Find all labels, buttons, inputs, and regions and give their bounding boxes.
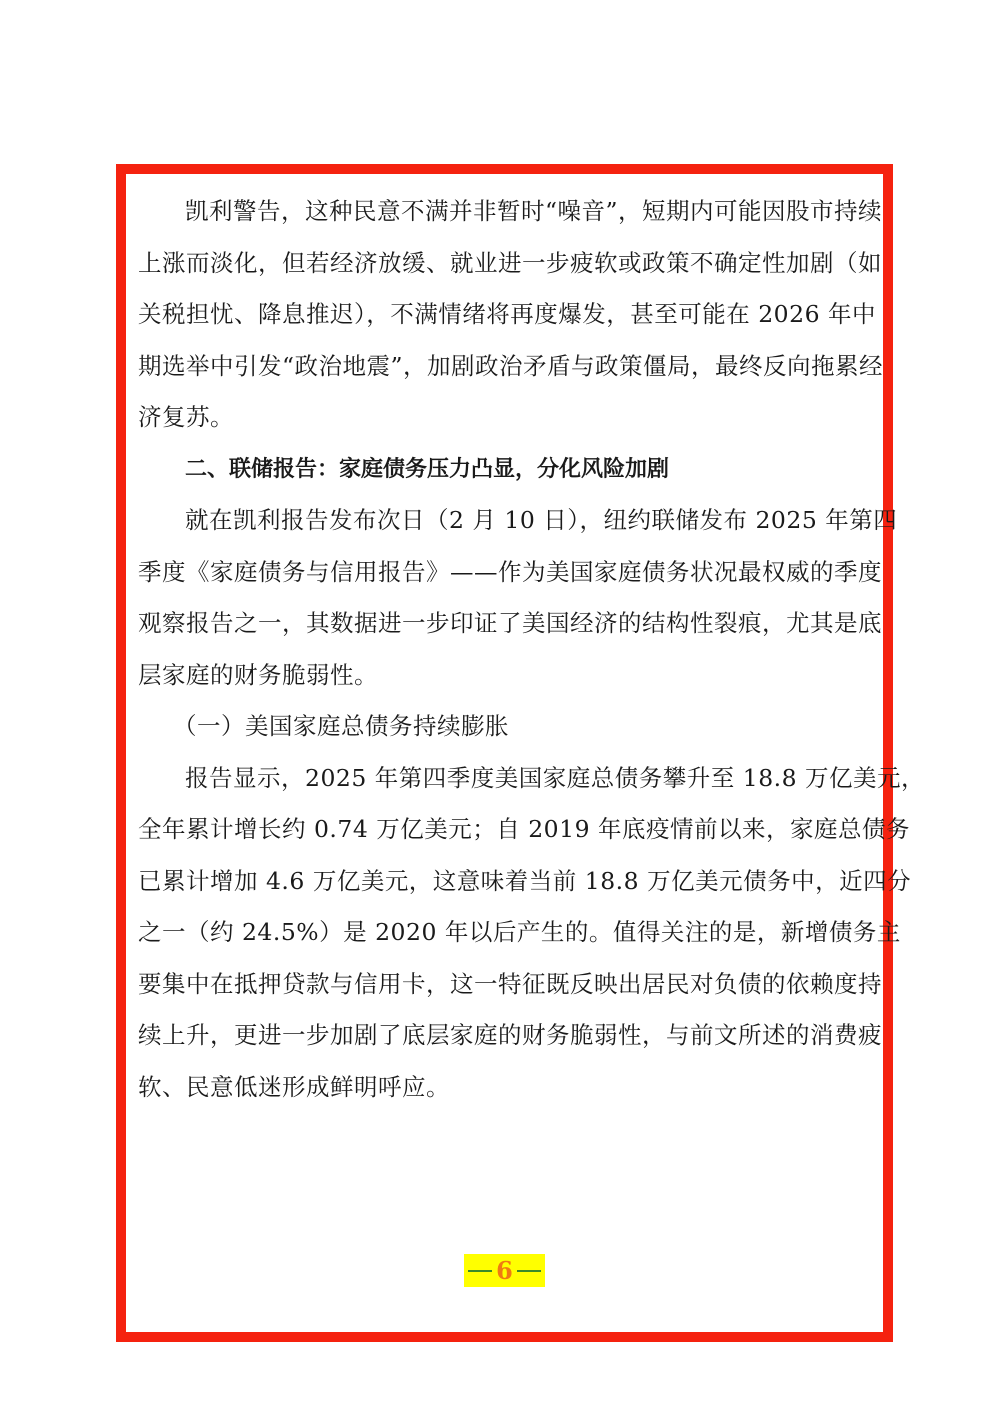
- text-line: 全年累计增长约 0.74 万亿美元；自 2019 年底疫情前以来，家庭总债务: [138, 804, 864, 856]
- right-dash-decoration: [517, 1270, 541, 1272]
- text-line: 之一（约 24.5%）是 2020 年以后产生的。值得关注的是，新增债务主: [138, 907, 864, 959]
- left-dash-decoration: [468, 1270, 492, 1272]
- page-number: 6: [496, 1254, 513, 1287]
- text-line: 要集中在抵押贷款与信用卡，这一特征既反映出居民对负债的依赖度持: [138, 959, 864, 1011]
- subsection-heading: （一）美国家庭总债务持续膨胀: [138, 701, 864, 753]
- text-line: 已累计增加 4.6 万亿美元，这意味着当前 18.8 万亿美元债务中，近四分: [138, 856, 864, 908]
- text-line: 层家庭的财务脆弱性。: [138, 650, 864, 702]
- document-body: 凯利警告，这种民意不满并非暂时“噪音”，短期内可能因股市持续 上涨而淡化，但若经…: [138, 186, 864, 1113]
- text-line: 软、民意低迷形成鲜明呼应。: [138, 1062, 864, 1114]
- text-line: 关税担忧、降息推迟），不满情绪将再度爆发，甚至可能在 2026 年中: [138, 289, 864, 341]
- section-heading: 二、联储报告：家庭债务压力凸显，分化风险加剧: [138, 444, 864, 496]
- text-line: 凯利警告，这种民意不满并非暂时“噪音”，短期内可能因股市持续: [138, 186, 864, 238]
- paragraph-household-debt: 报告显示，2025 年第四季度美国家庭总债务攀升至 18.8 万亿美元， 全年累…: [138, 753, 864, 1114]
- text-line: 上涨而淡化，但若经济放缓、就业进一步疲软或政策不确定性加剧（如: [138, 238, 864, 290]
- paragraph-fed-report: 就在凯利报告发布次日（2 月 10 日），纽约联储发布 2025 年第四 季度《…: [138, 495, 864, 701]
- text-line: 就在凯利报告发布次日（2 月 10 日），纽约联储发布 2025 年第四: [138, 495, 864, 547]
- text-line: 观察报告之一，其数据进一步印证了美国经济的结构性裂痕，尤其是底: [138, 598, 864, 650]
- paragraph-kelly-warning: 凯利警告，这种民意不满并非暂时“噪音”，短期内可能因股市持续 上涨而淡化，但若经…: [138, 186, 864, 444]
- text-line: 期选举中引发“政治地震”，加剧政治矛盾与政策僵局，最终反向拖累经: [138, 341, 864, 393]
- text-line: 季度《家庭债务与信用报告》——作为美国家庭债务状况最权威的季度: [138, 547, 864, 599]
- text-line: 济复苏。: [138, 392, 864, 444]
- page-number-footer: 6: [464, 1254, 545, 1287]
- text-line: 报告显示，2025 年第四季度美国家庭总债务攀升至 18.8 万亿美元，: [138, 753, 864, 805]
- text-line: 续上升，更进一步加剧了底层家庭的财务脆弱性，与前文所述的消费疲: [138, 1010, 864, 1062]
